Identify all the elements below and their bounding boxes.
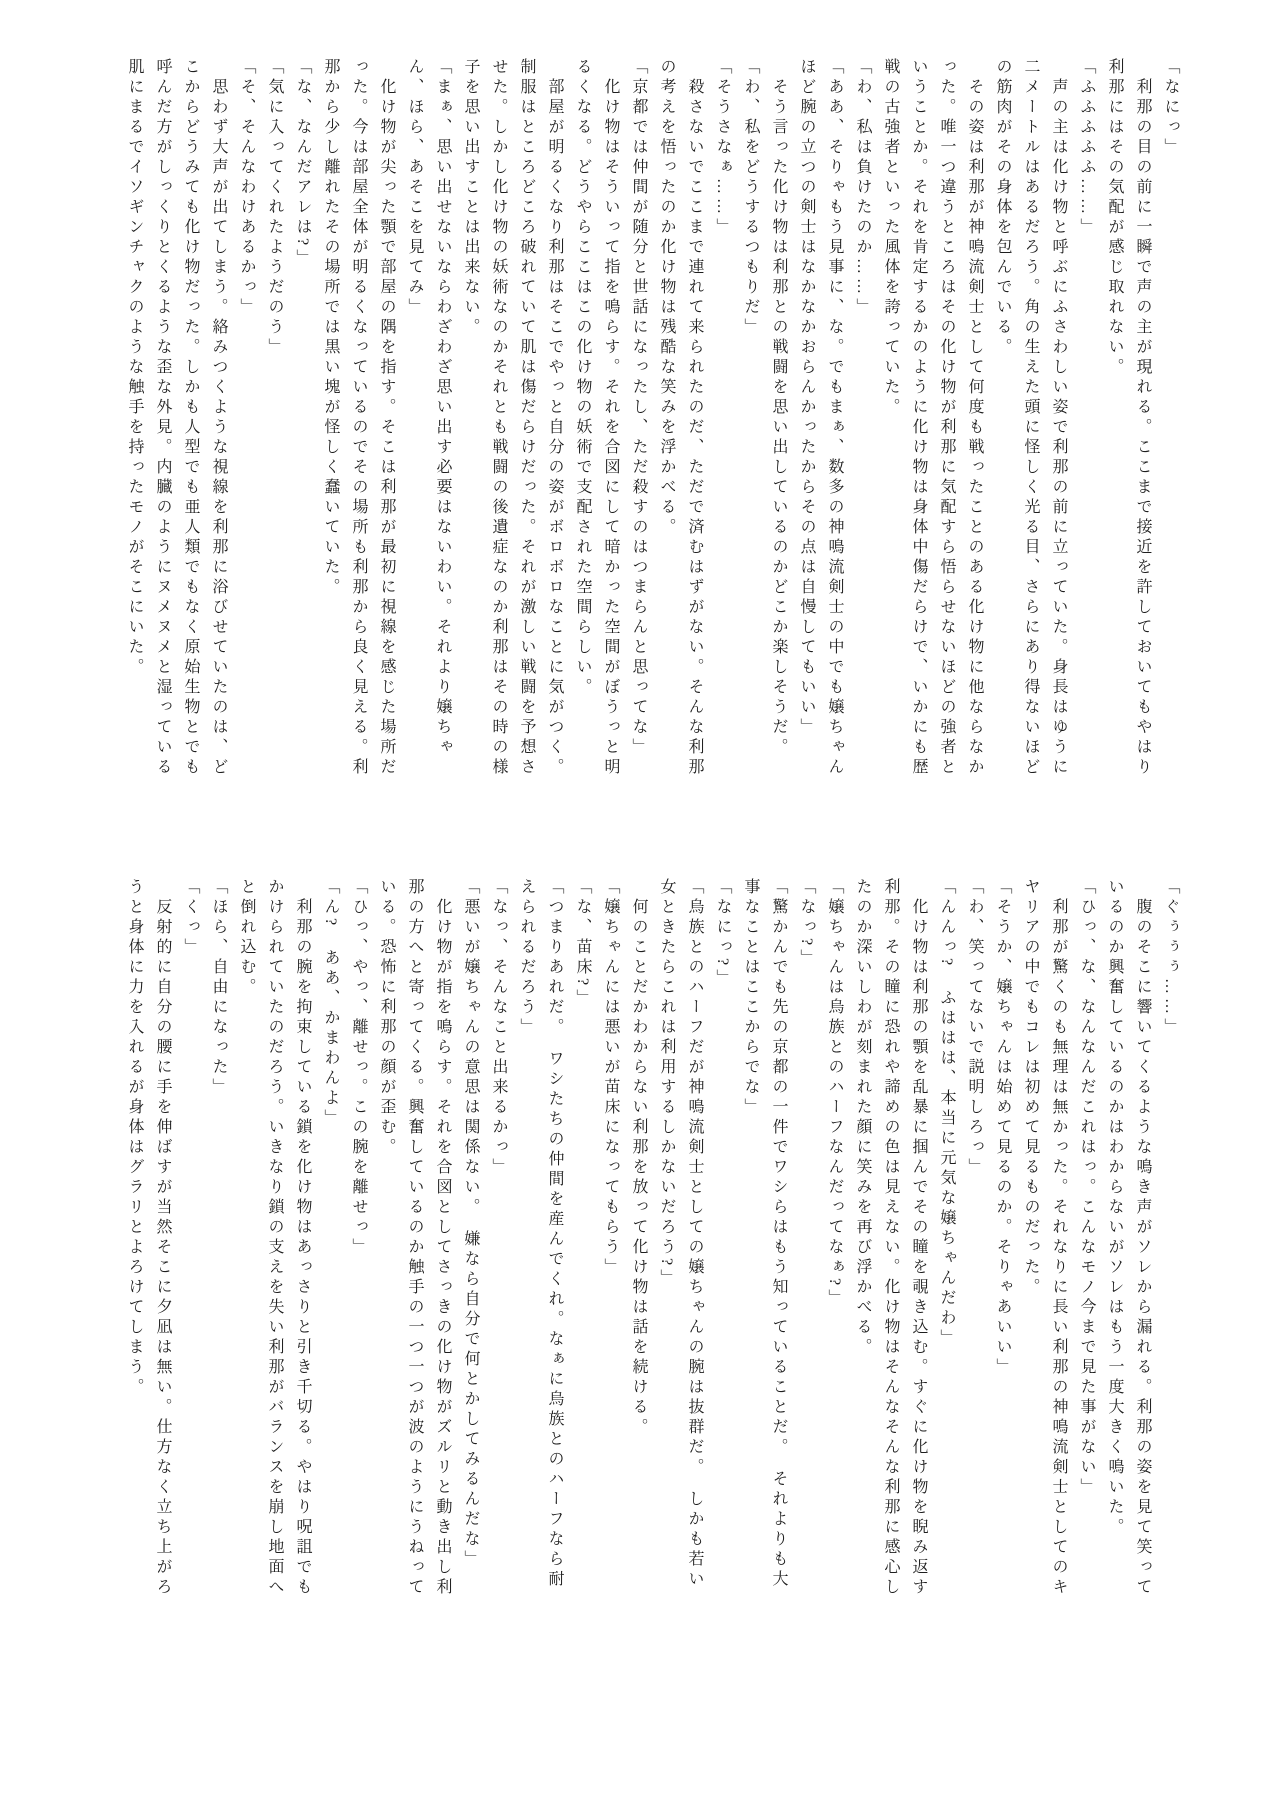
text-column-paragraph: 思わず大声が出てしまう。絡みつくような視線を利那に浴びせていたのは、どこからどう… — [120, 58, 232, 782]
text-column-paragraph: 「わ、私は負けたのか……」 — [848, 58, 876, 782]
text-column-paragraph: 「んんっ? ふははは、本当に元気な嬢ちゃんだわ」 — [932, 878, 960, 1602]
text-column-paragraph: 「わ、笑ってないで説明しろっ」 — [960, 878, 988, 1602]
text-column-paragraph: 「そ、そんなわけあるかっ」 — [232, 58, 260, 782]
text-column-paragraph: そう言った化け物は利那との戦闘を思い出しているのかどこか楽しそうだ。 — [764, 58, 792, 782]
text-column-paragraph: 反射的に自分の腰に手を伸ばすが当然そこに夕凪は無い。仕方なく立ち上がろうと身体に… — [120, 878, 176, 1602]
text-column-paragraph: 「気に入ってくれたようだのう」 — [260, 58, 288, 782]
text-column-paragraph: 「なにっ?」 — [708, 878, 736, 1602]
text-column-paragraph: 「嬢ちゃんには悪いが苗床になってもらう」 — [596, 878, 624, 1602]
text-column-paragraph: 「ふふふふふ……」 — [1072, 58, 1100, 782]
text-column-paragraph: 「そうさなぁ……」 — [708, 58, 736, 782]
text-column-paragraph: 「悪いが嬢ちゃんの意思は関係ない。 嫌なら自分で何とかしてみるんだな」 — [456, 878, 484, 1602]
novel-page: 「なにっ」 利那の目の前に一瞬で声の主が現れる。ここまで接近を許しておいてもやは… — [0, 0, 1280, 1817]
text-column-paragraph: 化け物はそういって指を鳴らす。それを合図にして暗かった空間がぼうっと明るくなる。… — [568, 58, 624, 782]
text-column-paragraph: 「そうか、嬢ちゃんは始めて見るのか。そりゃあいい」 — [988, 878, 1016, 1602]
text-column-paragraph: 「京都では仲間が随分と世話になったし、ただ殺すのはつまらんと思ってな」 — [624, 58, 652, 782]
text-column-paragraph: 「な、なんだアレは?」 — [288, 58, 316, 782]
text-column-paragraph: 「ほら、自由になった」 — [204, 878, 232, 1602]
text-column-paragraph: 腹のそこに響いてくるような鳴き声がソレから漏れる。利那の姿を見て笑っているのか興… — [1100, 878, 1156, 1602]
text-column-paragraph: 「烏族とのハーフだが神鳴流剣士としての嬢ちゃんの腕は抜群だ。 しかも若い女ときた… — [652, 878, 708, 1602]
text-column-paragraph: 利那の腕を拘束している鎖を化け物はあっさりと引き千切る。やはり呪詛でもかけられて… — [232, 878, 316, 1602]
text-column-paragraph: 「ぐぅぅぅ……」 — [1156, 878, 1184, 1602]
text-column-paragraph: 利那の目の前に一瞬で声の主が現れる。ここまで接近を許しておいてもやはり利那にはそ… — [1100, 58, 1156, 782]
text-column-paragraph: 「嬢ちゃんは烏族とのハーフなんだってなぁ?」 — [820, 878, 848, 1602]
text-column-paragraph: 「ああ、そりゃもう見事に、な。でもまぁ、数多の神鳴流剣士の中でも嬢ちゃんほど腕の… — [792, 58, 848, 782]
text-column-paragraph: 「ひっ、やっ、離せっ。この腕を離せっ」 — [344, 878, 372, 1602]
text-column-paragraph: 声の主は化け物と呼ぶにふさわしい姿で利那の前に立っていた。身長はゆうに二メートル… — [988, 58, 1072, 782]
text-column-paragraph: 部屋が明るくなり利那はそこでやっと自分の姿がボロボロなことに気がつく。制服はとこ… — [456, 58, 568, 782]
text-column-paragraph: 「な、苗床?」 — [568, 878, 596, 1602]
text-column-paragraph: 「ひっ、な、なんなんだこれはっ。こんなモノ今まで見た事がない」 — [1072, 878, 1100, 1602]
text-column-paragraph: 化け物は利那の顎を乱暴に掴んでその瞳を覗き込む。すぐに化け物を睨み返す利那。その… — [848, 878, 932, 1602]
text-column-paragraph: 「なっ、そんなこと出来るかっ」 — [484, 878, 512, 1602]
text-column-paragraph: 「まぁ、思い出せないならわざわざ思い出す必要はないわい。それより嬢ちゃん、ほら、… — [400, 58, 456, 782]
text-block-top: 「なにっ」 利那の目の前に一瞬で声の主が現れる。ここまで接近を許しておいてもやは… — [120, 58, 1184, 782]
text-column-paragraph: その姿は利那が神鳴流剣士として何度も戦ったことのある化け物に他ならなかった。唯一… — [876, 58, 988, 782]
text-block-bottom: 「ぐぅぅぅ……」 腹のそこに響いてくるような鳴き声がソレから漏れる。利那の姿を見… — [120, 878, 1184, 1602]
text-column-paragraph: 「わ、私をどうするつもりだ」 — [736, 58, 764, 782]
text-column-paragraph: 利那が驚くのも無理は無かった。それなりに長い利那の神鳴流剣士としてのキヤリアの中… — [1016, 878, 1072, 1602]
text-column-paragraph: 「つまりあれだ。 ワシたちの仲間を産んでくれ。なぁに烏族とのハーフなら耐えられる… — [512, 878, 568, 1602]
text-column-paragraph: 殺さないでここまで連れて来られたのだ、ただで済むはずがない。そんな利那の考えを悟… — [652, 58, 708, 782]
text-column-paragraph: 「なっ?」 — [792, 878, 820, 1602]
text-column-paragraph: 「なにっ」 — [1156, 58, 1184, 782]
text-column-paragraph: 化け物が尖った顎で部屋の隅を指す。そこは利那が最初に視線を感じた場所だった。今は… — [316, 58, 400, 782]
text-column-paragraph: 化け物が指を鳴らす。それを合図としてさっきの化け物がズルリと動き出し利那の方へと… — [372, 878, 456, 1602]
text-column-paragraph: 何のことだかわからない利那を放って化け物は話を続ける。 — [624, 878, 652, 1602]
text-column-paragraph: 「くっ」 — [176, 878, 204, 1602]
text-column-paragraph: 「ん? ああ、かまわんよ」 — [316, 878, 344, 1602]
text-column-paragraph: 「驚かんでも先の京都の一件でワシらはもう知っていることだ。 それよりも大事なこと… — [736, 878, 792, 1602]
